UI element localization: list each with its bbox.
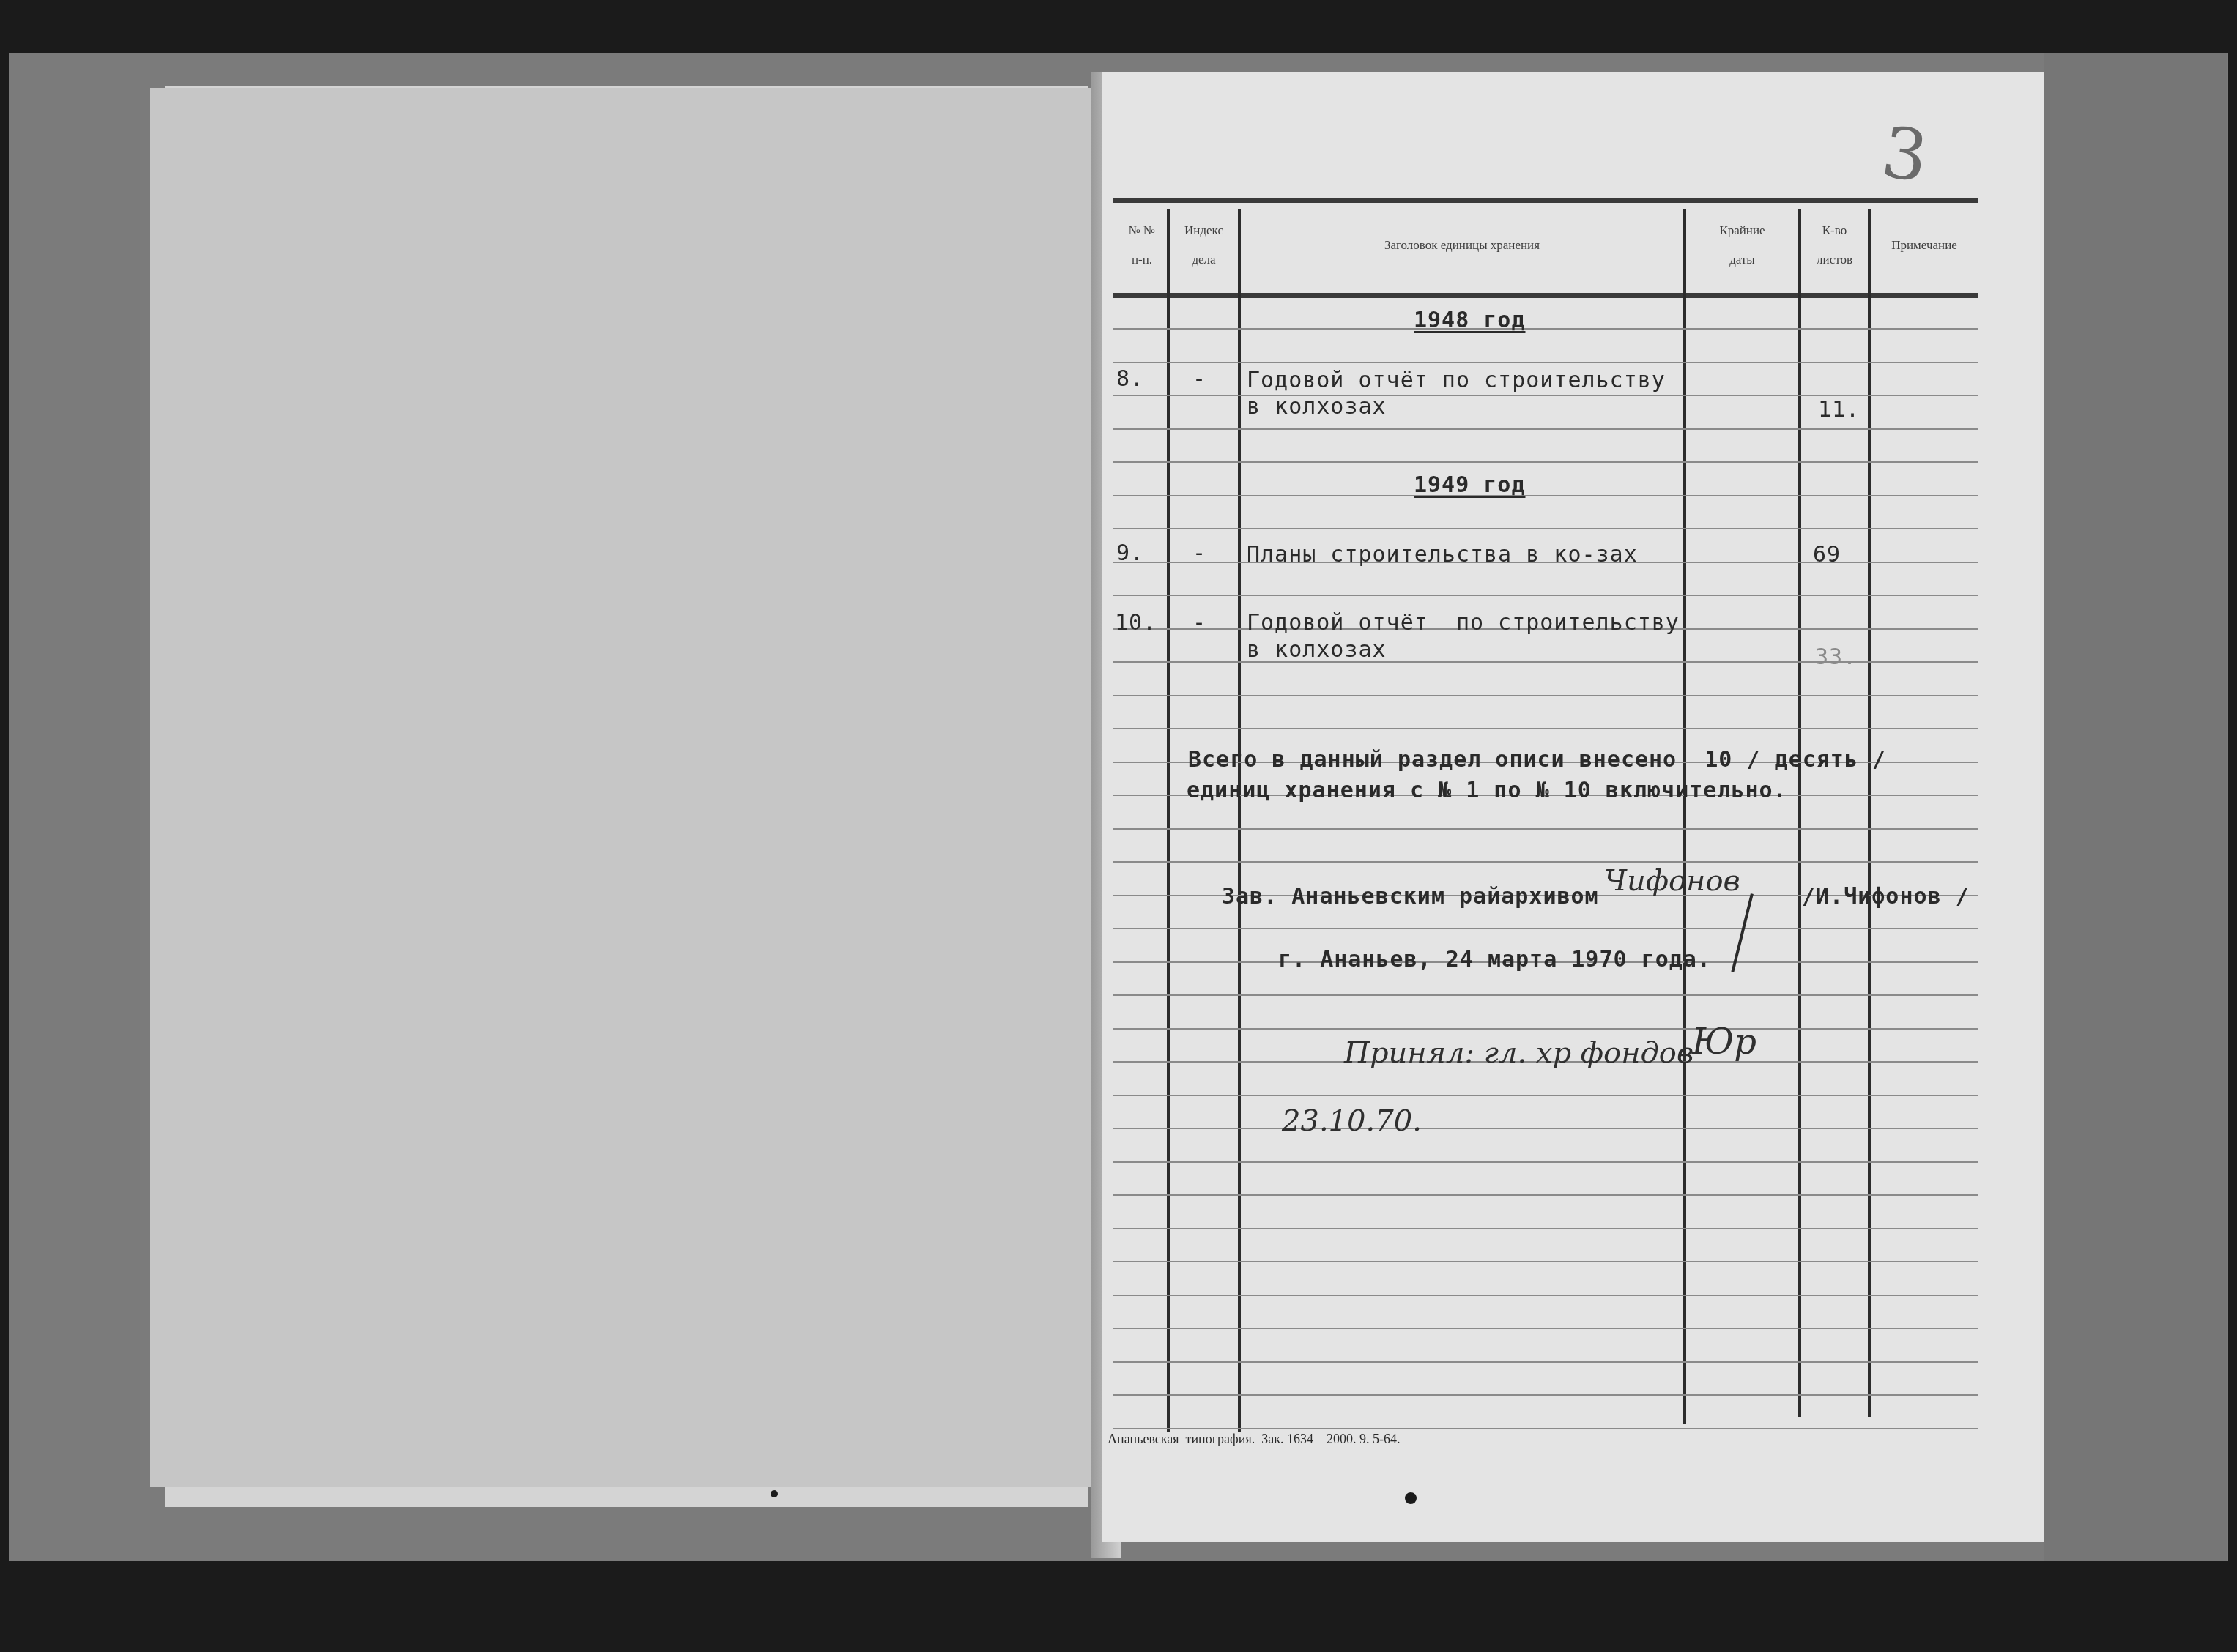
head-signature: Чифонов xyxy=(1604,864,1740,898)
left-page-blank xyxy=(150,88,1095,1487)
ruled-line xyxy=(1113,1328,1978,1329)
header-col-title: Заголовок единицы хранения xyxy=(1241,231,1683,260)
row-title-line1: Годовой отчёт по строительству xyxy=(1247,368,1666,393)
ruled-line xyxy=(1113,362,1978,363)
row-title-line2: в колхозах xyxy=(1247,637,1387,663)
col-divider-3 xyxy=(1683,209,1686,1424)
ruled-line xyxy=(1113,528,1978,529)
ruled-line xyxy=(1113,994,1978,996)
row-sheets: 33. xyxy=(1815,644,1857,670)
ruled-line xyxy=(1113,728,1978,729)
ruled-line xyxy=(1113,1361,1978,1363)
ruled-line xyxy=(1113,1295,1978,1296)
archive-head-name: /И.Чифонов / xyxy=(1802,884,1970,909)
ruled-line xyxy=(1113,695,1978,696)
acceptance-signature: Юр xyxy=(1692,1022,1756,1063)
col-divider-1 xyxy=(1167,209,1170,1432)
ruled-line xyxy=(1113,1394,1978,1396)
acceptance-note: Принял: гл. хр фондов xyxy=(1344,1036,1693,1070)
ruled-line xyxy=(1113,861,1978,863)
ruled-line xyxy=(1113,928,1978,929)
row-sheets: 69 xyxy=(1813,542,1841,568)
header-col-note: Примечание xyxy=(1871,231,1978,260)
archive-head-role: Зав. Ананьевским райархивом xyxy=(1222,884,1599,909)
place-and-date: г. Ананьев, 24 марта 1970 года. xyxy=(1278,947,1711,972)
header-col-number: № № п-п. xyxy=(1117,216,1167,275)
acceptance-date: 23.10.70. xyxy=(1282,1104,1422,1138)
ink-speck xyxy=(771,1490,778,1497)
ink-blot xyxy=(1405,1492,1417,1504)
ruled-line xyxy=(1113,1428,1978,1429)
header-col-dates: Крайние даты xyxy=(1686,216,1798,275)
summary-line1: Всего в данный раздел описи внесено 10 /… xyxy=(1188,747,1886,773)
header-col-index: Индекс дела xyxy=(1170,216,1238,275)
row-index: - xyxy=(1192,366,1206,392)
col-divider-4 xyxy=(1798,209,1801,1417)
row-number: 9. xyxy=(1116,540,1144,566)
ruled-line xyxy=(1113,495,1978,496)
ruled-line xyxy=(1113,1095,1978,1096)
ruled-line xyxy=(1113,828,1978,830)
row-number: 10. xyxy=(1115,610,1157,636)
header-top-rule xyxy=(1113,198,1978,203)
header-col-sheets: К-во листов xyxy=(1801,216,1868,275)
ruled-line xyxy=(1113,1261,1978,1262)
ruled-line xyxy=(1113,1194,1978,1196)
year-heading-1948: 1948 год xyxy=(1414,308,1526,333)
ruled-line xyxy=(1113,1161,1978,1163)
summary-line2: единиц хранения с № 1 по № 10 включитель… xyxy=(1187,778,1787,803)
ruled-line xyxy=(1113,395,1978,396)
ruled-line xyxy=(1113,595,1978,596)
year-heading-1949: 1949 год xyxy=(1414,472,1526,498)
row-index: - xyxy=(1192,610,1206,636)
ruled-line xyxy=(1113,461,1978,463)
ruled-line xyxy=(1113,1028,1978,1030)
printer-imprint: Ананьевская типография. Зак. 1634—2000. … xyxy=(1108,1432,1400,1447)
row-title-line1: Планы строительства в ко-зах xyxy=(1247,542,1638,568)
ruled-line xyxy=(1113,1228,1978,1229)
header-bottom-rule xyxy=(1113,293,1978,298)
folder-cover-right-edge xyxy=(2044,53,2227,1561)
ruled-line xyxy=(1113,428,1978,430)
col-divider-5 xyxy=(1868,209,1871,1417)
row-number: 8. xyxy=(1116,366,1144,392)
row-title-line2: в колхозах xyxy=(1247,394,1387,420)
row-index: - xyxy=(1192,540,1206,566)
row-title-line1: Годовой отчёт по строительству xyxy=(1247,610,1680,636)
ruled-line xyxy=(1113,328,1978,330)
col-divider-2 xyxy=(1238,209,1241,1432)
ruled-line xyxy=(1113,1128,1978,1129)
row-sheets: 11. xyxy=(1818,397,1860,423)
